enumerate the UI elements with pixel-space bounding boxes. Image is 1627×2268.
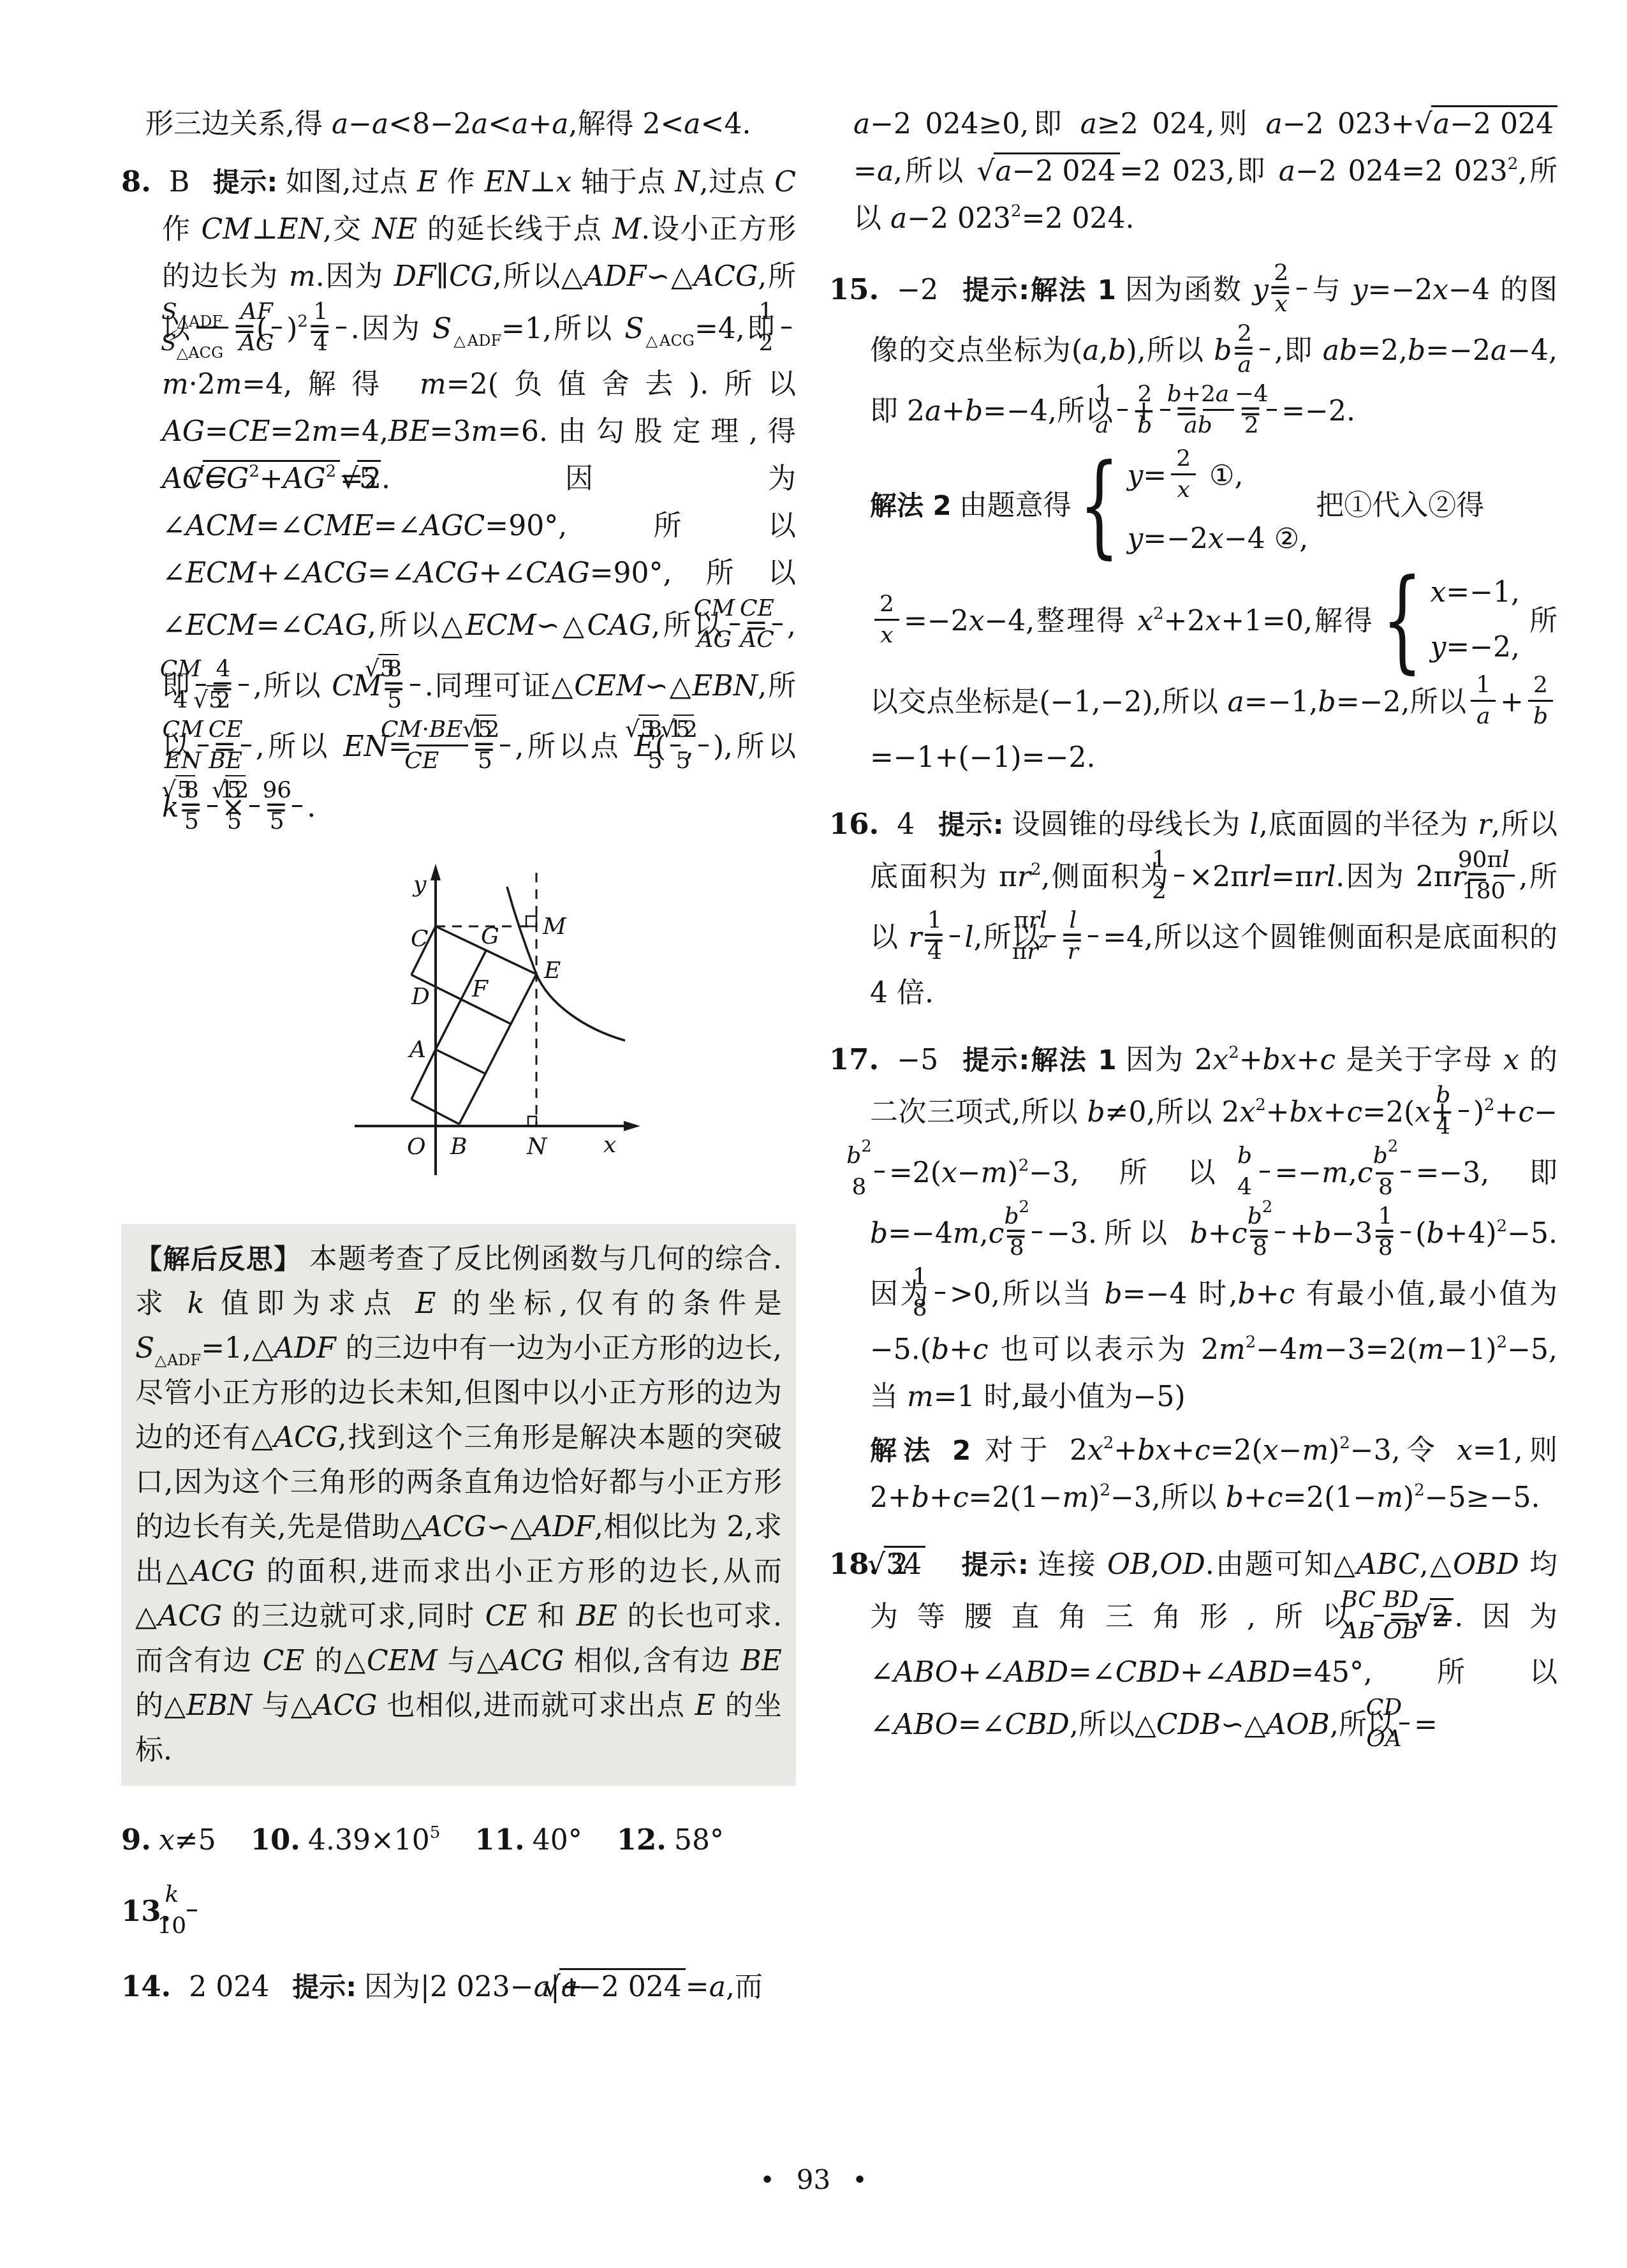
x-axis-arrow <box>624 1121 640 1131</box>
solution-item-16: 16.4提示:设圆锥的母线长为 l,底面圆的半径为 r,所以底面积为 πr2,侧… <box>829 801 1557 1017</box>
item15-paragraph-3: 2x=−2x−4,整理得 x2+2x+1=0,解得{x=−1,y=−2,所以交点… <box>870 572 1557 782</box>
item14-body: 2 024提示:因为|2 023−a|+√a−2 024=a,而 <box>182 1971 763 2003</box>
item16-paragraph: 16.4提示:设圆锥的母线长为 l,底面圆的半径为 r,所以底面积为 πr2,侧… <box>870 801 1557 1017</box>
label-x-axis: x <box>603 1132 616 1158</box>
paragraph-item7-continuation: 形三边关系,得 a−a<8−2a<a+a,解得 2<a<4. <box>121 101 796 148</box>
figure-item8-graph: y x O B N C D A G F E M <box>350 861 646 1183</box>
label-point-G: G <box>481 923 499 949</box>
item16-body: 4提示:设圆锥的母线长为 l,底面圆的半径为 r,所以底面积为 πr2,侧面积为… <box>870 808 1557 1009</box>
page-number: 93 <box>797 2164 830 2195</box>
item17-paragraph-2: 解法 2对于 2x2+bx+c=2(x−m)2−3,令 x=1,则 2+b+c=… <box>870 1427 1557 1522</box>
solution-item-17: 17.−5提示:解法 1因为 2x2+bx+c 是关于字母 x 的二次三项式,所… <box>829 1036 1557 1522</box>
y-axis-arrow <box>431 864 441 880</box>
item8-number: 8. <box>121 165 151 198</box>
item18-paragraph: 18.2√34提示:连接 OB,OD.由题可知△ABC,△OBD 均为等腰直角三… <box>870 1541 1557 1757</box>
right-column: a−2 024≥0,即 a≥2 024,则 a−2 023+√a−2 024=a… <box>829 101 1557 1757</box>
solution-item-8: 8.B提示:如图,过点 E 作 EN⊥x 轴于点 N,过点 C 作 CM⊥EN,… <box>121 158 796 840</box>
right-angle-mark-N <box>528 1116 536 1126</box>
label-point-M: M <box>542 914 567 940</box>
hyperbola-curve <box>507 887 625 1041</box>
item13-body: k10 <box>182 1895 202 1928</box>
footer-dot-left: • <box>760 2165 775 2195</box>
solution-item-18: 18.2√34提示:连接 OB,OD.由题可知△ABC,△OBD 均为等腰直角三… <box>829 1541 1557 1757</box>
solution-item-14: 14.2 024提示:因为|2 023−a|+√a−2 024=a,而 <box>121 1963 796 2011</box>
item17-paragraph-1: 17.−5提示:解法 1因为 2x2+bx+c 是关于字母 x 的二次三项式,所… <box>870 1036 1557 1421</box>
answers-row-9-12: 9.x≠510.4.39×10511.40°12.58° <box>121 1816 796 1864</box>
item14-paragraph: 14.2 024提示:因为|2 023−a|+√a−2 024=a,而 <box>162 1963 796 2011</box>
solution-item-15: 15.−2提示:解法 1因为函数 y=2x与 y=−2x−4 的图像的交点坐标为… <box>829 262 1557 782</box>
solution-item-13: 13.k10 <box>121 1883 796 1944</box>
left-column: 形三边关系,得 a−a<8−2a<a+a,解得 2<a<4. 8.B提示:如图,… <box>121 101 796 2011</box>
item15-paragraph-1: 15.−2提示:解法 1因为函数 y=2x与 y=−2x−4 的图像的交点坐标为… <box>870 262 1557 443</box>
label-point-N: N <box>526 1134 548 1160</box>
coordinate-figure: y x O B N C D A G F E M <box>350 861 646 1183</box>
item17-body-1: −5提示:解法 1因为 2x2+bx+c 是关于字母 x 的二次三项式,所以 b… <box>870 1044 1557 1413</box>
square-chain <box>411 926 536 1124</box>
item17-number: 17. <box>829 1042 879 1076</box>
item16-number: 16. <box>829 807 879 841</box>
item18-body: 2√34提示:连接 OB,OD.由题可知△ABC,△OBD 均为等腰直角三角形,… <box>870 1548 1557 1741</box>
footer-dot-right: • <box>852 2165 867 2195</box>
item15-number: 15. <box>829 272 879 306</box>
label-y-axis: y <box>412 871 427 898</box>
label-point-E: E <box>543 958 561 984</box>
label-point-B: B <box>450 1134 467 1160</box>
page-footer: • 93 • <box>0 2164 1627 2195</box>
item8-body: B提示:如图,过点 E 作 EN⊥x 轴于点 N,过点 C 作 CM⊥EN,交 … <box>162 166 796 824</box>
reflection-note-box: 【解后反思】本题考查了反比例函数与几何的综合.求 k 值即为求点 E 的坐标,仅… <box>121 1224 796 1786</box>
item14-number: 14. <box>121 1969 171 2003</box>
item8-paragraph: 8.B提示:如图,过点 E 作 EN⊥x 轴于点 N,过点 C 作 CM⊥EN,… <box>162 158 796 840</box>
label-point-A: A <box>408 1037 426 1063</box>
label-point-C: C <box>411 926 429 952</box>
label-origin: O <box>407 1134 426 1160</box>
label-point-D: D <box>411 984 430 1010</box>
paragraph-item14-continuation: a−2 024≥0,即 a≥2 024,则 a−2 023+√a−2 024=a… <box>829 101 1557 242</box>
item15-paragraph-2: 解法 2由题意得{y=2x ①,y=−2x−4 ②,把①代入②得 <box>870 450 1557 565</box>
item15-body-1: −2提示:解法 1因为函数 y=2x与 y=−2x−4 的图像的交点坐标为(a,… <box>870 274 1557 427</box>
item13-paragraph: 13.k10 <box>162 1883 796 1944</box>
right-angle-mark-M <box>526 916 536 926</box>
label-point-F: F <box>471 976 489 1002</box>
